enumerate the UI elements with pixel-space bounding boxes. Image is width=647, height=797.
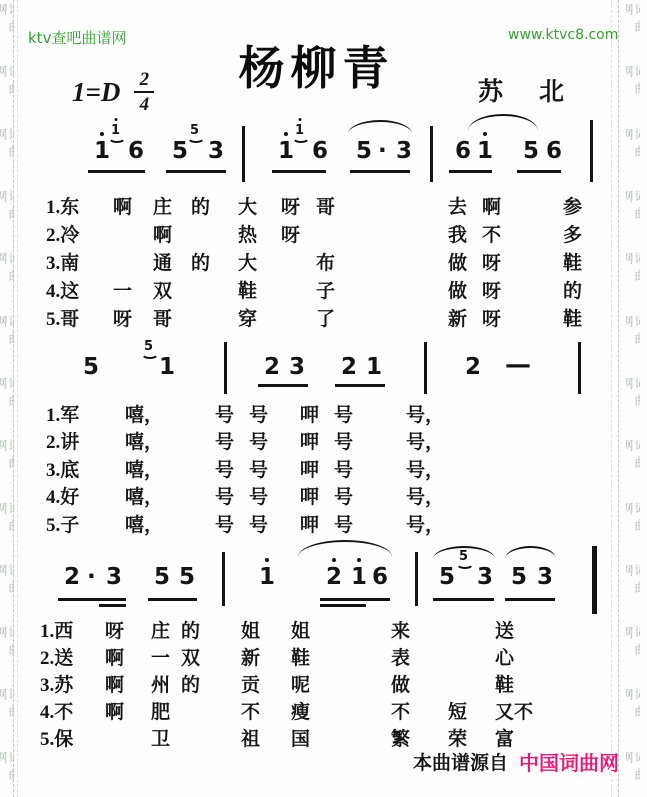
lyric-cell: 呷号 (300, 455, 368, 482)
lyric-cell: 号， (406, 482, 444, 509)
slur (433, 546, 495, 559)
note: 5 (83, 356, 99, 379)
lyric-cell: 荣 (448, 724, 467, 751)
lyric-cell: 贡 (241, 670, 260, 697)
lyric-cell: 3.苏 (40, 670, 73, 697)
lyric-cell: 4.不 (40, 697, 73, 724)
lyric-cell: 呷号 (300, 510, 368, 537)
lyric-cell: 呀 (113, 304, 132, 331)
score-line-1: 1 1 6 5 5 3 1 1 6 5 · 3 6 1 5 6 (0, 112, 647, 192)
lyric-cell: 号， (406, 510, 444, 537)
lyric-cell: 肥 (151, 697, 170, 724)
note: 6 (372, 566, 388, 589)
note: 2 (326, 566, 342, 589)
note: 3 (477, 566, 493, 589)
fraction-bar (134, 91, 154, 93)
note: 2 (64, 566, 80, 589)
lyric-cell: 哥 (316, 192, 335, 219)
lyric-cell: 双 (153, 276, 172, 303)
lyric-cell: 大 (238, 192, 257, 219)
lyric-cell: 啊 (105, 670, 124, 697)
slur (298, 540, 392, 557)
lyric-cell: 富 (495, 724, 514, 751)
note: 1 (366, 356, 382, 379)
note: 1 (477, 140, 493, 163)
lyric-cell: 啊 (153, 220, 172, 247)
lyric-cell: 2.送 (40, 643, 73, 670)
lyric-cell: 号号 (215, 482, 283, 509)
lyric-cell: 1.军 (46, 400, 79, 427)
lyric-cell: 布 (316, 248, 335, 275)
grace-note: 5 (190, 124, 199, 137)
lyric-cell: 不 (391, 697, 410, 724)
lyric-cell: 我不 (448, 220, 516, 247)
lyric-cell: 新呀 (448, 304, 516, 331)
lyric-cell: 1.东 (46, 192, 79, 219)
beam (148, 598, 197, 601)
lyric-cell: 4.好 (46, 482, 79, 509)
barline (430, 126, 433, 182)
barline (242, 126, 245, 182)
note: 1 (278, 140, 294, 163)
beam (517, 170, 561, 173)
slur (348, 120, 412, 134)
lyric-cell: 鞋 (563, 304, 582, 331)
beam (58, 598, 126, 601)
lyric-cell: 一双 (151, 643, 211, 670)
lyric-cell: 鞋 (563, 248, 582, 275)
lyric-cell: 呢 (291, 670, 310, 697)
watermark-text: 词曲网 (626, 751, 640, 797)
lyric-cell: 嘻， (125, 455, 163, 482)
beam (320, 598, 390, 601)
barline (590, 120, 593, 182)
note: 5 (172, 140, 188, 163)
barline (222, 552, 225, 606)
lyric-cell: 国 (291, 724, 310, 751)
lyric-cell: 通 (153, 248, 172, 275)
grace-note: 5 (144, 340, 153, 353)
lyric-cell: 呷号 (300, 482, 368, 509)
note: 5 (154, 566, 170, 589)
lyric-cell: 鞋 (495, 670, 514, 697)
lyric-cell: 号号 (215, 400, 283, 427)
lyric-cell: 啊 (105, 697, 124, 724)
note: 3 (537, 566, 553, 589)
lyric-cell: 送 (495, 616, 514, 643)
lyric-cell: 1.西 (40, 616, 73, 643)
lyric-cell: 3.南 (46, 248, 79, 275)
grace-note: 1 (111, 124, 120, 137)
watermark-text: 词曲网 (0, 751, 14, 797)
note: 1 (259, 566, 275, 589)
lyric-cell: 卫 (151, 724, 170, 751)
lyrics-section-1: 1.东 啊 庄 的 大 呀 哥 去啊 参 2.冷 啊 热 呀 我不 多 3.南 … (0, 190, 647, 332)
lyric-cell: 瘦 (291, 697, 310, 724)
key-label: 1=D (72, 77, 120, 108)
lyric-cell: 嘻， (125, 510, 163, 537)
beam (350, 170, 410, 173)
slur (505, 546, 556, 559)
lyric-cell: 呷号 (300, 400, 368, 427)
note: 3 (208, 140, 224, 163)
lyric-cell: 庄的 (151, 616, 211, 643)
lyric-cell: 子 (316, 276, 335, 303)
lyric-cell: 庄 (153, 192, 172, 219)
lyric-cell: 繁 (391, 724, 410, 751)
note: 3 (396, 140, 412, 163)
barline (424, 342, 427, 394)
lyric-cell: 心 (495, 643, 514, 670)
lyric-cell: 呀 (281, 192, 300, 219)
lyric-cell: 5.保 (40, 724, 73, 751)
lyric-cell: 号， (406, 455, 444, 482)
note: 2 (465, 356, 481, 379)
note: 5 (356, 140, 372, 163)
lyrics-section-2: 1.军 嘻， 号号 呷号 号， 2.讲 嘻， 号号 呷号 号， 3.底 嘻， 号… (0, 400, 647, 534)
lyric-cell: 号号 (215, 510, 283, 537)
lyric-cell: 做呀 (448, 276, 516, 303)
lyric-cell: 来 (391, 616, 410, 643)
beam (433, 598, 494, 601)
slur (468, 114, 538, 131)
lyric-cell: 5.子 (46, 510, 79, 537)
beam (272, 170, 326, 173)
lyric-cell: 呀 (281, 220, 300, 247)
note: 6 (455, 140, 471, 163)
lyric-cell: 大 (238, 248, 257, 275)
note: 6 (546, 140, 562, 163)
beam (88, 170, 145, 173)
note: 1 (94, 140, 110, 163)
lyric-cell: 2.讲 (46, 427, 79, 454)
lyric-cell: 的 (563, 276, 582, 303)
lyric-cell: 多 (563, 220, 582, 247)
final-barline (592, 546, 597, 614)
lyric-cell: 号号 (215, 455, 283, 482)
note: 2 (264, 356, 280, 379)
time-signature: 2 4 (134, 70, 154, 114)
lyric-cell: 祖 (241, 724, 260, 751)
lyric-cell: 姐 (241, 616, 260, 643)
lyrics-section-3: 1.西 呀 庄的 姐 姐 来 送 2.送 啊 一双 新 鞋 表 心 3.苏 啊 … (0, 614, 647, 752)
lyric-cell: 短 (448, 697, 467, 724)
beam (505, 598, 555, 601)
lyric-cell: 热 (238, 220, 257, 247)
lyric-cell: 新 (241, 643, 260, 670)
score-line-2: 5 5 1 2 3 2 1 2 — (0, 332, 647, 402)
note: 5 (179, 566, 195, 589)
beam (449, 170, 492, 173)
lyric-cell: 了 (316, 304, 335, 331)
time-numerator: 2 (140, 70, 150, 89)
grace-note: 1 (295, 124, 304, 137)
note: 3 (289, 356, 305, 379)
lyric-cell: 一 (113, 276, 132, 303)
beam (320, 604, 366, 607)
lyric-cell: 穿 (238, 304, 257, 331)
lyric-cell: 3.底 (46, 455, 79, 482)
source-site-link[interactable]: 中国词曲网 (519, 747, 619, 776)
lyric-cell: 鞋 (291, 643, 310, 670)
lyric-cell: 2.冷 (46, 220, 79, 247)
lyric-cell: 号号 (215, 427, 283, 454)
beam (166, 170, 226, 173)
barline (415, 552, 418, 606)
note: 6 (128, 140, 144, 163)
lyric-cell: 做呀 (448, 248, 516, 275)
lyric-cell: 嘻， (125, 482, 163, 509)
region-label: 苏北 (478, 72, 600, 108)
lyric-cell: 哥 (153, 304, 172, 331)
barline (578, 342, 581, 394)
source-label: 本曲谱源自 (413, 748, 508, 775)
lyric-cell: 号， (406, 400, 444, 427)
note: 3 (106, 566, 122, 589)
lyric-cell: 嘻， (125, 427, 163, 454)
lyric-cell: 4.这 (46, 276, 79, 303)
lyric-cell: 5.哥 (46, 304, 79, 331)
lyric-cell: 嘻， (125, 400, 163, 427)
lyric-cell: 表 (391, 643, 410, 670)
lyric-cell: 去啊 (448, 192, 516, 219)
note: 5 (439, 566, 455, 589)
dot-note: · (378, 140, 387, 163)
lyric-cell: 呷号 (300, 427, 368, 454)
note: 1 (159, 356, 175, 379)
score-line-3: 2 · 3 5 5 1 2 1 6 5 5 3 5 3 (0, 538, 647, 620)
lyric-cell: 鞋 (238, 276, 257, 303)
note: 5 (511, 566, 527, 589)
lyric-cell: 做 (391, 670, 410, 697)
lyric-cell: 不 (241, 697, 260, 724)
beam (258, 384, 308, 387)
dot-note: · (87, 566, 96, 589)
beam (99, 604, 126, 607)
lyric-cell: 的 (191, 248, 210, 275)
lyric-cell: 参 (563, 192, 582, 219)
key-signature: 1=D 2 4 (72, 70, 154, 114)
half-note-dash: — (505, 350, 531, 380)
lyric-cell: 呀 (105, 616, 124, 643)
lyric-cell: 号， (406, 427, 444, 454)
lyric-cell: 啊 (105, 643, 124, 670)
note: 6 (312, 140, 328, 163)
lyric-cell: 的 (191, 192, 210, 219)
barline (224, 342, 227, 394)
note: 1 (351, 566, 367, 589)
note: 2 (341, 356, 357, 379)
sheet-music-page: 词曲网 词曲网 词曲网 词曲网 词曲网 词曲网 词曲网 词曲网 词曲网 词曲网 … (0, 0, 647, 797)
note: 5 (523, 140, 539, 163)
lyric-cell: 姐 (291, 616, 310, 643)
lyric-cell: 啊 (113, 192, 132, 219)
lyric-cell: 州的 (151, 670, 211, 697)
lyric-cell: 又不 (495, 697, 533, 724)
beam (335, 384, 385, 387)
